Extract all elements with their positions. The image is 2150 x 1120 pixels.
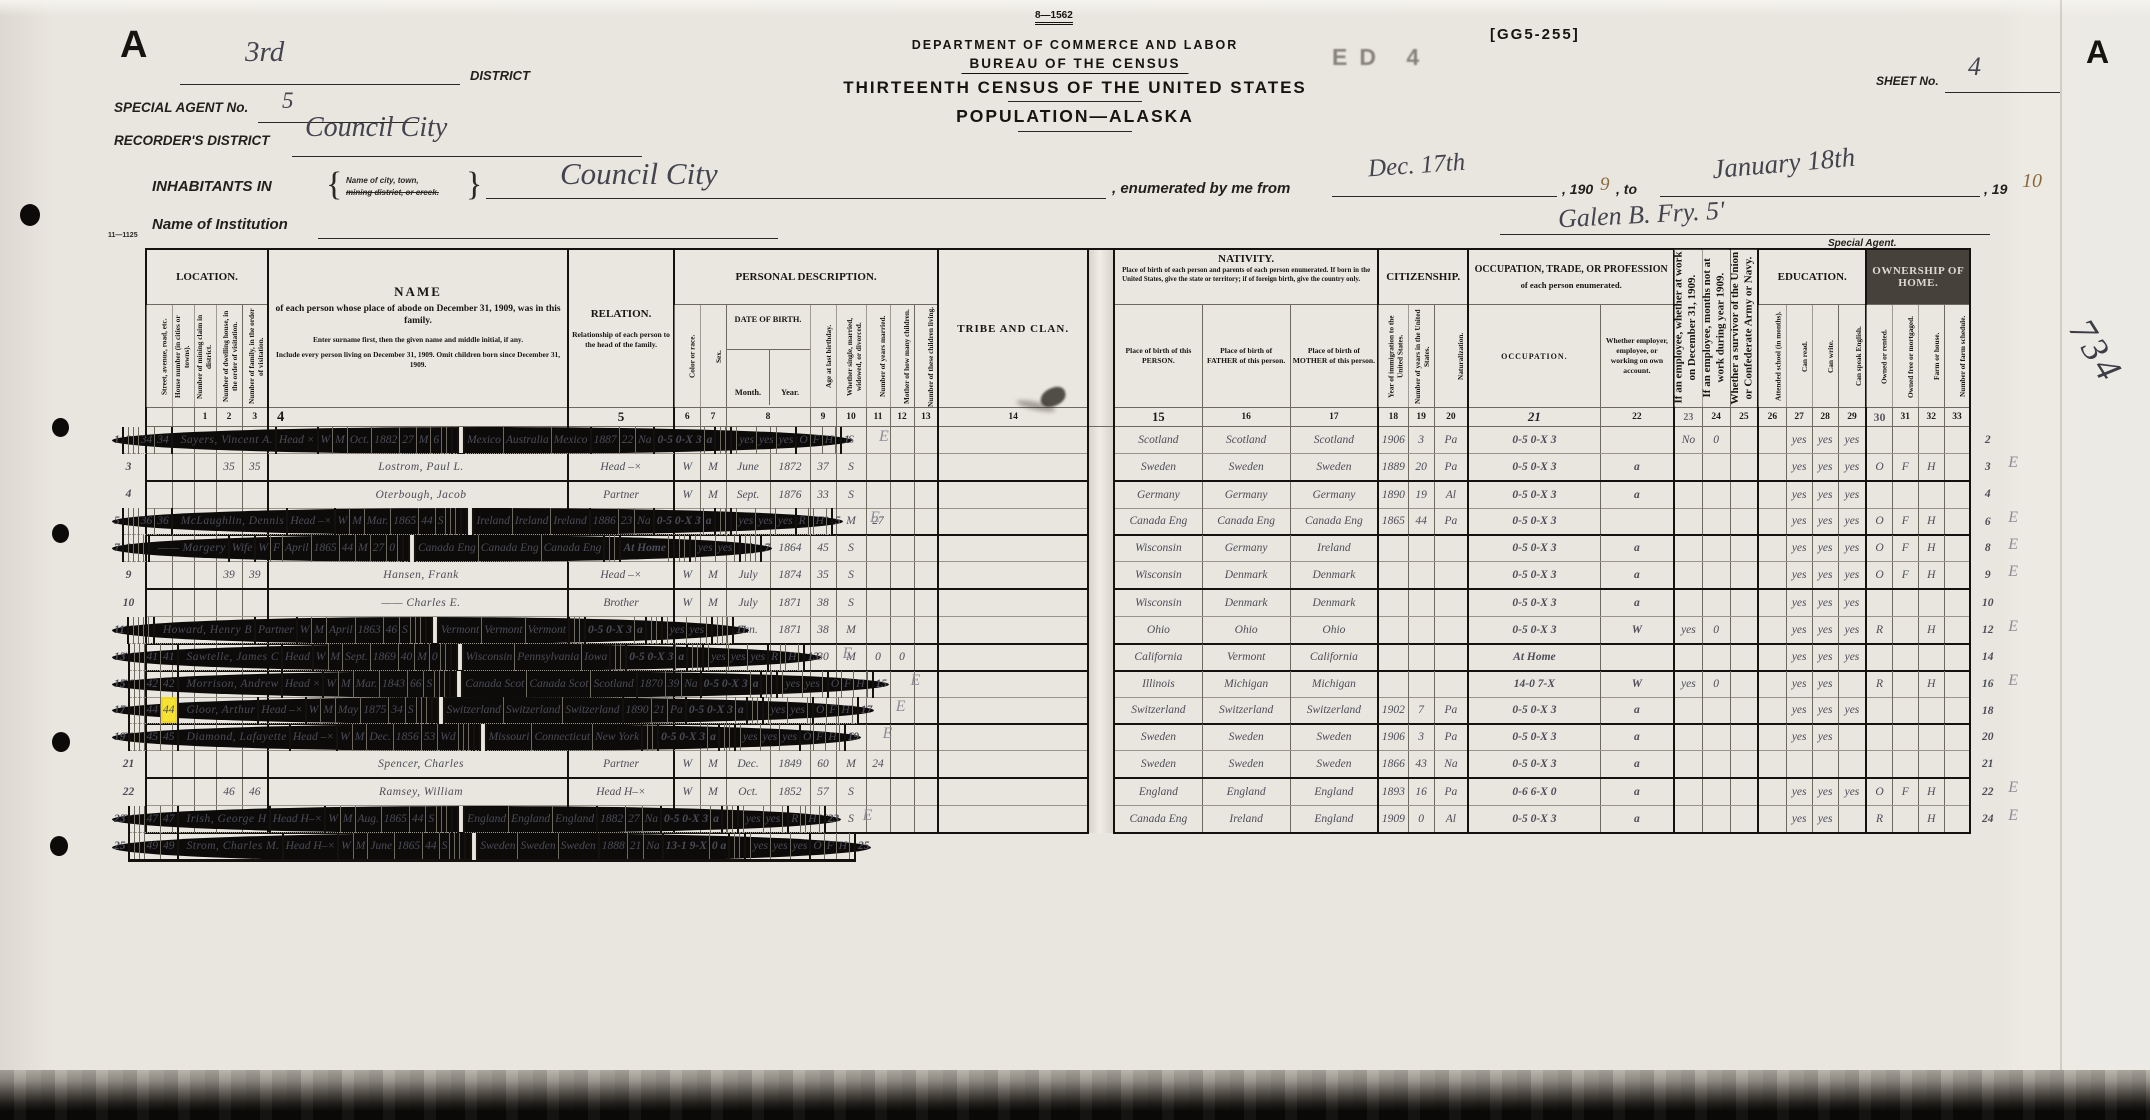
cell-name: Gloor, Arthur [178,697,259,724]
cell-pobm: New York [593,724,643,751]
cell-living [914,589,938,617]
mother-of-children-column-header: Mother of how many children. [890,305,914,408]
cell-school [1758,481,1786,509]
cell-survivor [1730,562,1758,590]
cell-yrsmar: 24 [866,751,890,779]
cell-english: yes [1838,427,1866,454]
cell-atwork [1674,535,1702,562]
column-number-row: 1 2 3 4 5 6 7 8 9 10 11 12 13 14 15 16 1… [112,408,2004,427]
cell-dwell: 34 [138,427,155,454]
cell-english: yes [1838,617,1866,644]
cell-school [1758,617,1786,644]
cell-atwork [1674,778,1702,806]
cell-year: 1852 [770,778,810,806]
cell-pobf: Denmark [1202,589,1290,617]
sex-column-header: Sex. [700,305,726,408]
cell-pobm: Germany [1290,481,1378,509]
cell-age: 38 [810,589,836,617]
cell-occ: 0-6 6-X 0 [1468,778,1600,806]
cell-house [172,453,194,481]
cell-occ: 0-5 0-X 3 [661,806,711,833]
cell-pob: Sweden [477,833,518,861]
margin-note: E [2008,536,2018,554]
cell-imm [1378,644,1408,671]
cell-pobm: Ireland [1290,535,1378,562]
cell-color: W [674,778,700,806]
cell-yrsmar: 0 [429,644,440,671]
cell-house [172,589,194,617]
cell-school [1758,806,1786,833]
cell-monthsout [1702,806,1730,833]
cell-yrsmar [866,562,890,590]
cell-read: yes [768,697,788,724]
at-work-column-header: If an employee, whether at work on Decem… [1674,249,1702,408]
district-label: DISTRICT [470,68,530,83]
page-letter-left: A [120,24,148,67]
cell-write: yes [788,697,808,724]
cell-age: 57 [810,778,836,806]
cell-occ: 0-5 0-X 3 [1468,427,1600,454]
cell-owned: O [810,833,824,861]
cell-marital: S [836,562,866,590]
cell-imm [1378,535,1408,562]
cell-living [914,697,938,724]
cell-farm: H [813,508,826,535]
cell-pobf: Scotland [1202,427,1290,454]
cell-emp: a [1600,535,1674,562]
cell-yrsus: 21 [651,697,668,724]
margin-note: E [842,645,852,663]
cell-fold [1088,453,1114,481]
cell-month: April [327,617,356,644]
cell-school [1758,778,1786,806]
cell-imm: 1866 [1378,751,1408,779]
cell-read: yes [1786,671,1812,698]
cell-marital: S [836,481,866,509]
cell-write: yes [757,427,777,454]
cell-house [172,751,194,779]
cell-living [914,427,938,454]
cell-rel: Head × [282,671,324,698]
cell-mort [1892,697,1918,724]
cell-nat [1434,617,1468,644]
cell-sex: M [353,833,368,861]
cell-emp: a [704,427,715,454]
cell-imm [1378,562,1408,590]
cell-pobf: Ohio [1202,617,1290,644]
cell-imm: 1889 [1378,453,1408,481]
cell-living [914,562,938,590]
cell-emp: a [1600,697,1674,724]
cell-year: 1865 [391,508,419,535]
cell-sex: M [700,453,726,481]
cell-yrsus: 21 [627,833,644,861]
cell-pobf: Sweden [1202,751,1290,779]
cell-owned: O [800,724,814,751]
cell-pob: Wisconsin [1114,535,1202,562]
cell-farm: H [854,671,867,698]
bracket-code: [GG5-255] [1490,26,1580,43]
row-number-right: 5E [832,508,843,535]
cell-year: 1874 [770,562,810,590]
cell-sex: M [700,562,726,590]
cell-sched [1944,508,1970,535]
cell-month: Mar. [364,508,390,535]
cell-emp: W [1600,617,1674,644]
cell-pobf: Ireland [512,508,550,535]
cell-tribe [938,562,1088,590]
cell-street [146,562,172,590]
cell-monthsout [1702,562,1730,590]
cell-pobm: Michigan [1290,671,1378,698]
row-number-right: 9E [1970,562,2004,590]
cell-nat: Pa [1434,697,1468,724]
dwelling-number-column-header: Number of dwelling house, in the order o… [216,305,242,408]
cell-emp [1600,508,1674,535]
cell-mother [890,453,914,481]
margin-note: E [883,725,893,743]
cell-yrsus: 44 [1408,508,1434,535]
cell-nat: Pa [1434,508,1468,535]
form-number: 8—1562 [1035,10,1073,25]
cell-mort: F [814,724,826,751]
cell-survivor [1730,806,1758,833]
cell-dwell: 36 [138,508,155,535]
cell-emp: a [750,671,761,698]
cell-english: yes [1838,535,1866,562]
row-number-left: 1 [112,427,123,454]
cell-fold [1088,697,1114,724]
cell-english: yes [1838,697,1866,724]
cell-read: yes [1786,427,1812,454]
cell-emp: a [1600,751,1674,779]
cell-rel: Head –× [290,724,337,751]
cell-living [914,778,938,806]
cell-month: May [335,697,360,724]
cell-atwork [1674,589,1702,617]
cell-atwork: yes [1674,671,1702,698]
cell-rel: Head × [276,427,318,454]
employer-status-column-header: Whether employer, employee, or working o… [1600,305,1674,408]
cell-emp: a [1600,778,1674,806]
row-number-right: 15E [873,671,890,698]
cell-marital: S [424,671,435,698]
cell-dwell [216,589,242,617]
cell-fold [1088,481,1114,509]
row-number-right: 8E [1970,535,2004,562]
cell-name: McLaughlin, Dennis [172,508,288,535]
cell-color: W [674,751,700,779]
cell-survivor [1730,535,1758,562]
row-number-right: 20 [1970,724,2004,751]
mining-claim-column-header: Number of mining claim in district. [194,305,216,408]
cell-emp: a [676,644,687,671]
cell-owned: O [1866,535,1892,562]
cell-write: yes [1812,697,1838,724]
enumerated-label: , enumerated by me from [1112,180,1290,197]
row-number-right: 16E [1970,671,2004,698]
row-number-right: 3E [1970,453,2004,481]
cell-name: Ramsey, William [268,778,568,806]
cell-nat: Al [1434,481,1468,509]
cell-pob: Canada Eng [415,535,478,562]
cell-dwell: 44 [144,697,161,724]
cell-occ: 0-5 0-X 3 [1468,724,1600,751]
cell-rel: Partner [568,751,674,779]
cell-sex: M [321,697,336,724]
cell-occ: 0-5 0-X 3 [1468,806,1600,833]
cell-nat [1434,589,1468,617]
cell-rel: Head H–× [283,833,339,861]
cell-house [172,778,194,806]
cell-tribe [938,508,1088,535]
cell-dwell: 41 [144,644,161,671]
cell-fam: 34 [155,427,172,454]
cell-marital: M [836,751,866,779]
cell-farm [1918,481,1944,509]
cell-english: yes [775,508,795,535]
cell-fold [1088,508,1114,535]
cell-english [1838,751,1866,779]
cell-emp: a [1600,589,1674,617]
cell-yrsus [1408,617,1434,644]
cell-tribe [938,589,1088,617]
cell-claim [194,778,216,806]
row-number-left: 19 [112,724,129,751]
cell-rel: Head H–× [568,778,674,806]
cell-farm [1918,644,1944,671]
date-of-birth-column-header: DATE OF BIRTH. Month. Year. [726,305,810,408]
cell-color: W [337,724,352,751]
row-number-value: 18 [1982,705,1994,717]
cell-living [914,751,938,779]
cell-read: yes [740,724,760,751]
children-living-column-header: Number of these children living. [914,305,938,408]
cell-tribe [938,724,1088,751]
cell-age: 37 [810,453,836,481]
cell-claim [194,751,216,779]
cell-school [1758,589,1786,617]
cell-mother [890,535,914,562]
cell-read: yes [1786,778,1812,806]
cell-living [914,806,938,833]
cell-age: 27 [400,427,417,454]
cell-year: 1843 [379,671,407,698]
cell-monthsout [1702,453,1730,481]
row-number-value: 13 [807,651,819,663]
cell-year: 1872 [770,453,810,481]
inhabitants-label: INHABITANTS IN [152,178,272,195]
cell-nat [1434,671,1468,698]
cell-pob: Wisconsin [1114,589,1202,617]
row-number-left: 21 [112,751,146,779]
cell-survivor [1730,481,1758,509]
cell-write [1812,751,1838,779]
cell-year: 1865 [381,806,409,833]
row-number-value: 7 [764,542,770,554]
cell-name: Diamond, Lafayette [178,724,290,751]
cell-owned: R [1866,806,1892,833]
cell-monthsout [1702,724,1730,751]
punch-dot [20,204,40,226]
cell-street [146,751,172,779]
row-number-value: 15 [876,678,888,690]
cell-fold [1088,778,1114,806]
cell-owned [1866,697,1892,724]
cell-marital: S [439,833,450,861]
cell-yrsus [1408,562,1434,590]
cell-nat: Al [1434,806,1468,833]
cell-rel: Head [282,644,313,671]
cell-rel: Head H–× [270,806,326,833]
margin-note: E [879,428,889,446]
row-number-right: 23E [825,806,842,833]
family-number-column-header: Number of family, in the order of visita… [242,305,268,408]
margin-note: E [2008,509,2018,527]
row-number-left: 9 [112,562,146,590]
cell-occ: 14-0 7-X [1468,671,1600,698]
cell-read: yes [1786,508,1812,535]
nativity-group-header: NATIVITY. Place of birth of each person … [1114,249,1378,305]
year-to-hw: 10 [2022,170,2042,193]
row-number-right: 10 [1970,589,2004,617]
cell-color: W [674,589,700,617]
cell-write: yes [1812,671,1838,698]
cell-emp: W [1600,671,1674,698]
cell-emp: 0 a [709,833,729,861]
cell-farm [1918,589,1944,617]
cell-nat: Pa [1434,453,1468,481]
cell-owned [1866,589,1892,617]
cell-imm: 1890 [623,697,652,724]
cell-pobm: Ireland [551,508,590,535]
cell-survivor [1730,617,1758,644]
immigration-year-column-header: Year of immigration to the United States… [1378,305,1408,408]
cell-monthsout [1702,589,1730,617]
cell-fold [1088,535,1114,562]
cell-claim [194,589,216,617]
cell-english [1838,671,1866,698]
cell-owned [1866,724,1892,751]
year-to-printed: , 19 [1984,181,2007,197]
scan-edge-bottom [0,1070,2150,1120]
cell-living [914,724,938,751]
cell-age: 35 [810,562,836,590]
cell-mort [1892,751,1918,779]
cell-sex: M [700,751,726,779]
cell-pobf: Australia [503,427,551,454]
cell-pob: Scotland [1114,427,1202,454]
cell-write: yes [760,724,780,751]
row-number-left: 11 [112,617,128,644]
cell-atwork [1674,481,1702,509]
cell-write: yes [770,833,790,861]
cell-marital: S [405,697,416,724]
cell-marital: S [836,778,866,806]
cell-marital: M [416,427,431,454]
row-number-value: 6 [1985,516,1991,528]
special-agent-value: 5 [282,88,294,114]
population-title: POPULATION—ALASKA [956,106,1194,127]
row-number-value: 23 [828,813,840,825]
cell-pobm: Iowa [582,644,611,671]
cell-mort: F [1892,453,1918,481]
row-number-value: 20 [1982,731,1994,743]
cell-dwell: 39 [216,562,242,590]
cell-sex: M [700,589,726,617]
margin-note: E [896,698,906,716]
cell-month: Sept. [343,644,371,671]
cell-farm: H [839,697,852,724]
cell-atwork [1674,562,1702,590]
cell-dwell: 49 [144,833,161,861]
cell-living [914,644,938,671]
cell-write: yes [1812,778,1838,806]
cell-yrsus: 20 [1408,453,1434,481]
row-number-right: 25 [855,833,872,861]
cell-fam [242,751,268,779]
inhabitants-sublabel-2: mining district, or creek. [346,188,439,198]
cell-monthsout [1702,778,1730,806]
punch-dot [52,418,69,437]
cell-mother [890,427,914,454]
cell-rel: Brother [568,589,674,617]
cell-english [1838,724,1866,751]
cell-dwell: 42 [144,671,161,698]
cell-pobf: Germany [1202,481,1290,509]
cell-read: yes [1786,644,1812,671]
divider [1018,131,1132,132]
cell-emp: a [703,508,714,535]
cell-read: yes [1786,453,1812,481]
cell-fold [1088,644,1114,671]
cell-pobm: Sweden [1290,453,1378,481]
cell-age: 38 [810,617,836,644]
cell-owned: O [1866,778,1892,806]
cell-write: yes [1812,617,1838,644]
row-number-margin-left [112,249,146,427]
cell-english: yes [1838,644,1866,671]
cell-write: yes [715,535,735,562]
cell-name: Lostrom, Paul L. [268,453,568,481]
cell-name: Howard, Henry B [154,617,255,644]
punch-dot [50,836,68,856]
institution-label: Name of Institution [152,216,288,233]
cell-nat: Na [644,833,663,861]
row-number-left: 7 [112,535,123,562]
cell-sex: F [270,535,282,562]
cell-pob: Mexico [464,427,503,454]
location-group-header: LOCATION. [146,249,268,305]
cell-occ: 0-5 0-X 3 [654,427,704,454]
cell-year: 1856 [393,724,421,751]
cell-mother: 0 [387,535,398,562]
cell-english: yes [1838,562,1866,590]
name-column-header: NAME of each person whose place of abode… [268,249,568,408]
cell-yrsmar: 27 [370,535,387,562]
cell-owned [1866,644,1892,671]
margin-note: E [870,509,880,527]
cell-year: 1849 [770,751,810,779]
cell-monthsout: 0 [1702,671,1730,698]
cell-pobf: Pennsylvania [515,644,582,671]
cell-yrsus: 7 [1408,697,1434,724]
cell-survivor [1730,671,1758,698]
cell-emp: a [711,806,722,833]
cell-pobf: Connecticut [532,724,593,751]
cell-school [1758,508,1786,535]
cell-mort [1892,724,1918,751]
